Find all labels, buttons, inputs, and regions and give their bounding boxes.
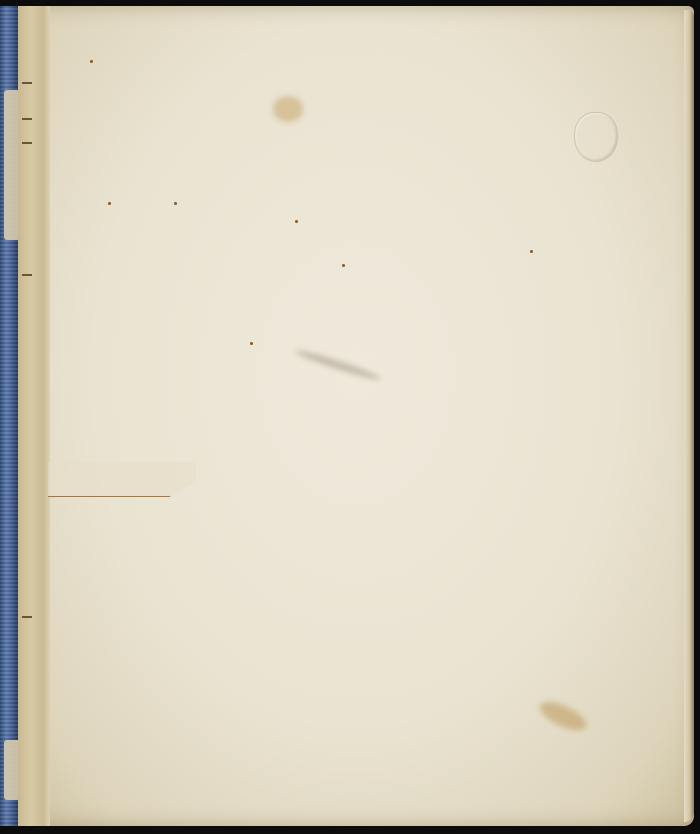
- page-right-edge: [684, 10, 694, 822]
- paper-repair-tab: [48, 462, 196, 497]
- foxing-dot: [530, 250, 533, 253]
- foxing-dot: [174, 202, 177, 205]
- foxing-stain: [536, 696, 590, 735]
- embossed-crest: [574, 112, 618, 162]
- foxing-stain: [273, 96, 303, 122]
- foxing-dot: [90, 60, 93, 63]
- foxing-dot: [108, 202, 111, 205]
- foxing-dot: [342, 264, 345, 267]
- binding-stitch: [22, 118, 32, 120]
- foxing-dot: [295, 220, 298, 223]
- binding-stitch: [22, 82, 32, 84]
- manuscript-page: [18, 6, 694, 826]
- foxing-dot: [250, 342, 253, 345]
- photo-background: [0, 0, 700, 834]
- binding-stitch: [22, 616, 32, 618]
- binding-stitch: [22, 142, 32, 144]
- page-gutter: [18, 6, 50, 826]
- binding-stitch: [22, 274, 32, 276]
- faint-mark: [294, 347, 382, 382]
